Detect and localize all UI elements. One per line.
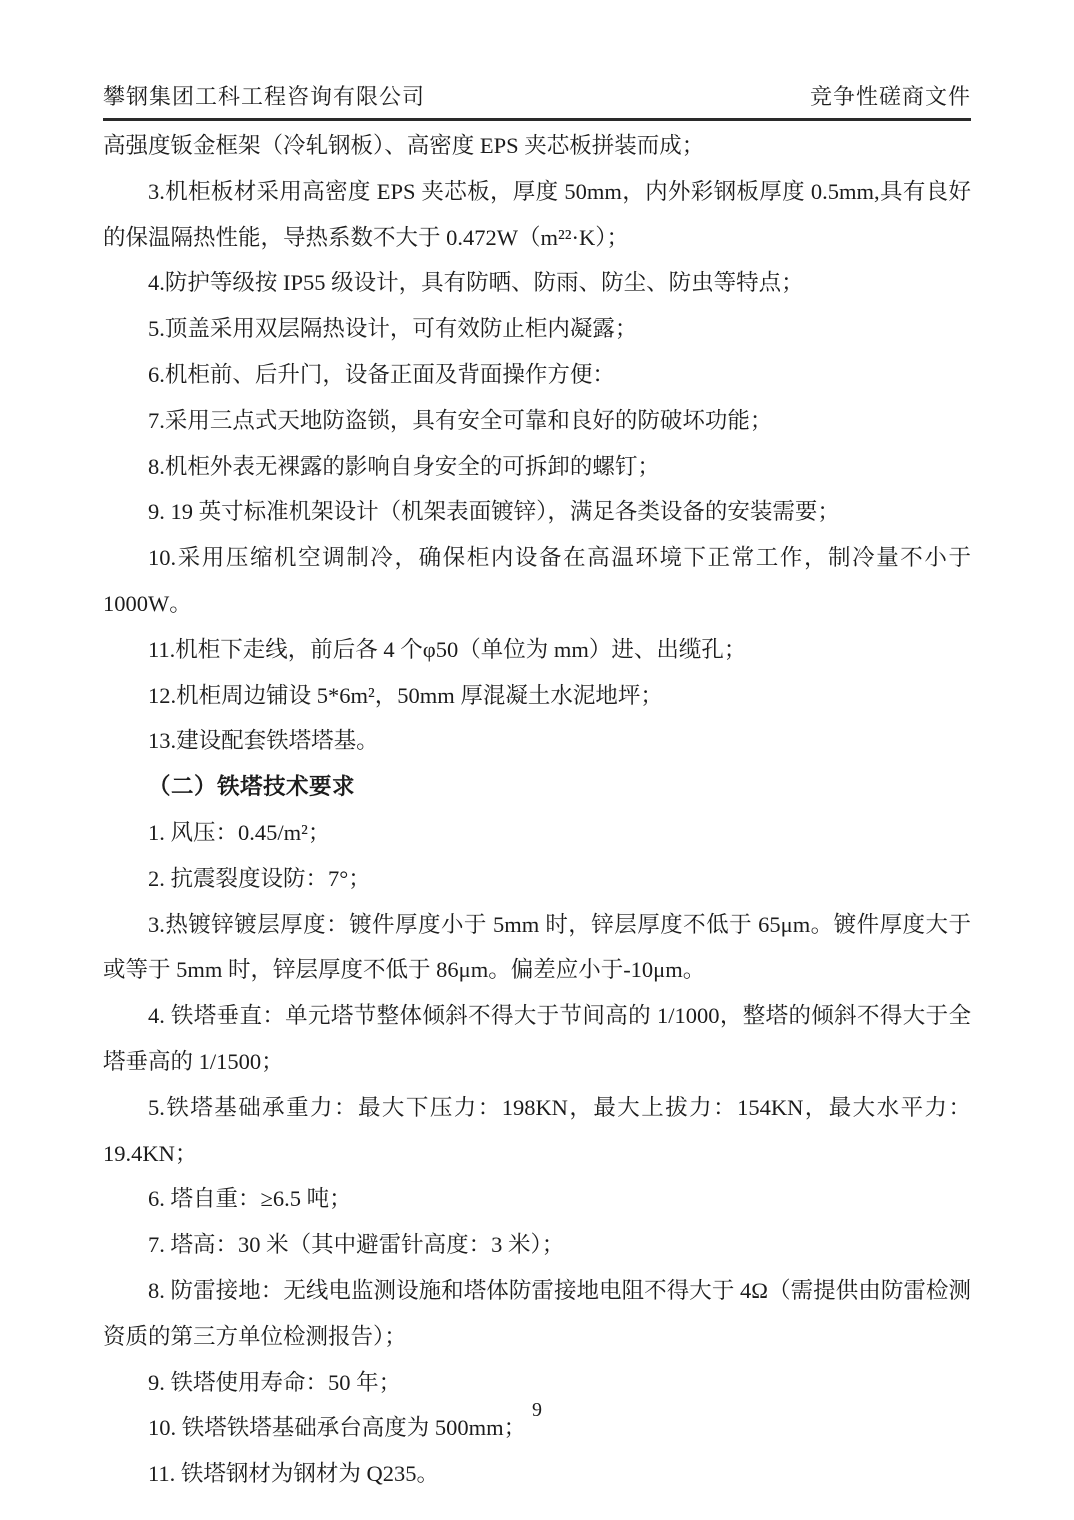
- cabinet-item-13: 13.建设配套铁塔塔基。: [103, 718, 971, 764]
- cabinet-item-3: 3.机柜板材采用高密度 EPS 夹芯板，厚度 50mm，内外彩钢板厚度 0.5m…: [103, 169, 971, 261]
- cabinet-item-4: 4.防护等级按 IP55 级设计，具有防晒、防雨、防尘、防虫等特点；: [103, 260, 971, 306]
- cabinet-item-11: 11.机柜下走线，前后各 4 个φ50（单位为 mm）进、出缆孔；: [103, 627, 971, 673]
- tower-item-4: 4. 铁塔垂直：单元塔节整体倾斜不得大于节间高的 1/1000，整塔的倾斜不得大…: [103, 993, 971, 1085]
- page-footer: 9: [0, 1396, 1074, 1424]
- tower-item-1: 1. 风压：0.45/m²；: [103, 810, 971, 856]
- tower-item-3: 3.热镀锌镀层厚度：镀件厚度小于 5mm 时，锌层厚度不低于 65μm。镀件厚度…: [103, 902, 971, 994]
- cabinet-item-7: 7.采用三点式天地防盗锁，具有安全可靠和良好的防破坏功能；: [103, 398, 971, 444]
- cabinet-item-6: 6.机柜前、后升门，设备正面及背面操作方便：: [103, 352, 971, 398]
- document-body: 高强度钣金框架（冷轧钢板）、高密度 EPS 夹芯板拼装而成； 3.机柜板材采用高…: [103, 123, 971, 1497]
- cabinet-item-8: 8.机柜外表无裸露的影响自身安全的可拆卸的螺钉；: [103, 444, 971, 490]
- page-number: 9: [532, 1399, 542, 1421]
- header-rule: [103, 118, 971, 121]
- cabinet-item-10: 10.采用压缩机空调制冷，确保柜内设备在高温环境下正常工作，制冷量不小于 100…: [103, 535, 971, 627]
- paragraph-continuation: 高强度钣金框架（冷轧钢板）、高密度 EPS 夹芯板拼装而成；: [103, 123, 971, 169]
- tower-item-11: 11. 铁塔钢材为钢材为 Q235。: [103, 1451, 971, 1497]
- header-company-name: 攀钢集团工科工程咨询有限公司: [103, 84, 425, 110]
- tower-item-5: 5.铁塔基础承重力：最大下压力：198KN，最大上拔力：154KN，最大水平力：…: [103, 1085, 971, 1177]
- cabinet-item-5: 5.顶盖采用双层隔热设计，可有效防止柜内凝露；: [103, 306, 971, 352]
- section-heading-tower-requirements: （二）铁塔技术要求: [103, 764, 971, 810]
- page-header: 攀钢集团工科工程咨询有限公司 竞争性磋商文件: [103, 84, 971, 110]
- tower-item-6: 6. 塔自重：≥6.5 吨；: [103, 1176, 971, 1222]
- header-document-type: 竞争性磋商文件: [810, 84, 971, 110]
- document-page: 攀钢集团工科工程咨询有限公司 竞争性磋商文件 高强度钣金框架（冷轧钢板）、高密度…: [0, 0, 1074, 1520]
- cabinet-item-9: 9. 19 英寸标准机架设计（机架表面镀锌），满足各类设备的安装需要；: [103, 489, 971, 535]
- tower-item-8: 8. 防雷接地：无线电监测设施和塔体防雷接地电阻不得大于 4Ω（需提供由防雷检测…: [103, 1268, 971, 1360]
- cabinet-item-12: 12.机柜周边铺设 5*6m²，50mm 厚混凝土水泥地坪；: [103, 673, 971, 719]
- tower-item-2: 2. 抗震裂度设防：7°；: [103, 856, 971, 902]
- tower-item-7: 7. 塔高：30 米（其中避雷针高度：3 米）；: [103, 1222, 971, 1268]
